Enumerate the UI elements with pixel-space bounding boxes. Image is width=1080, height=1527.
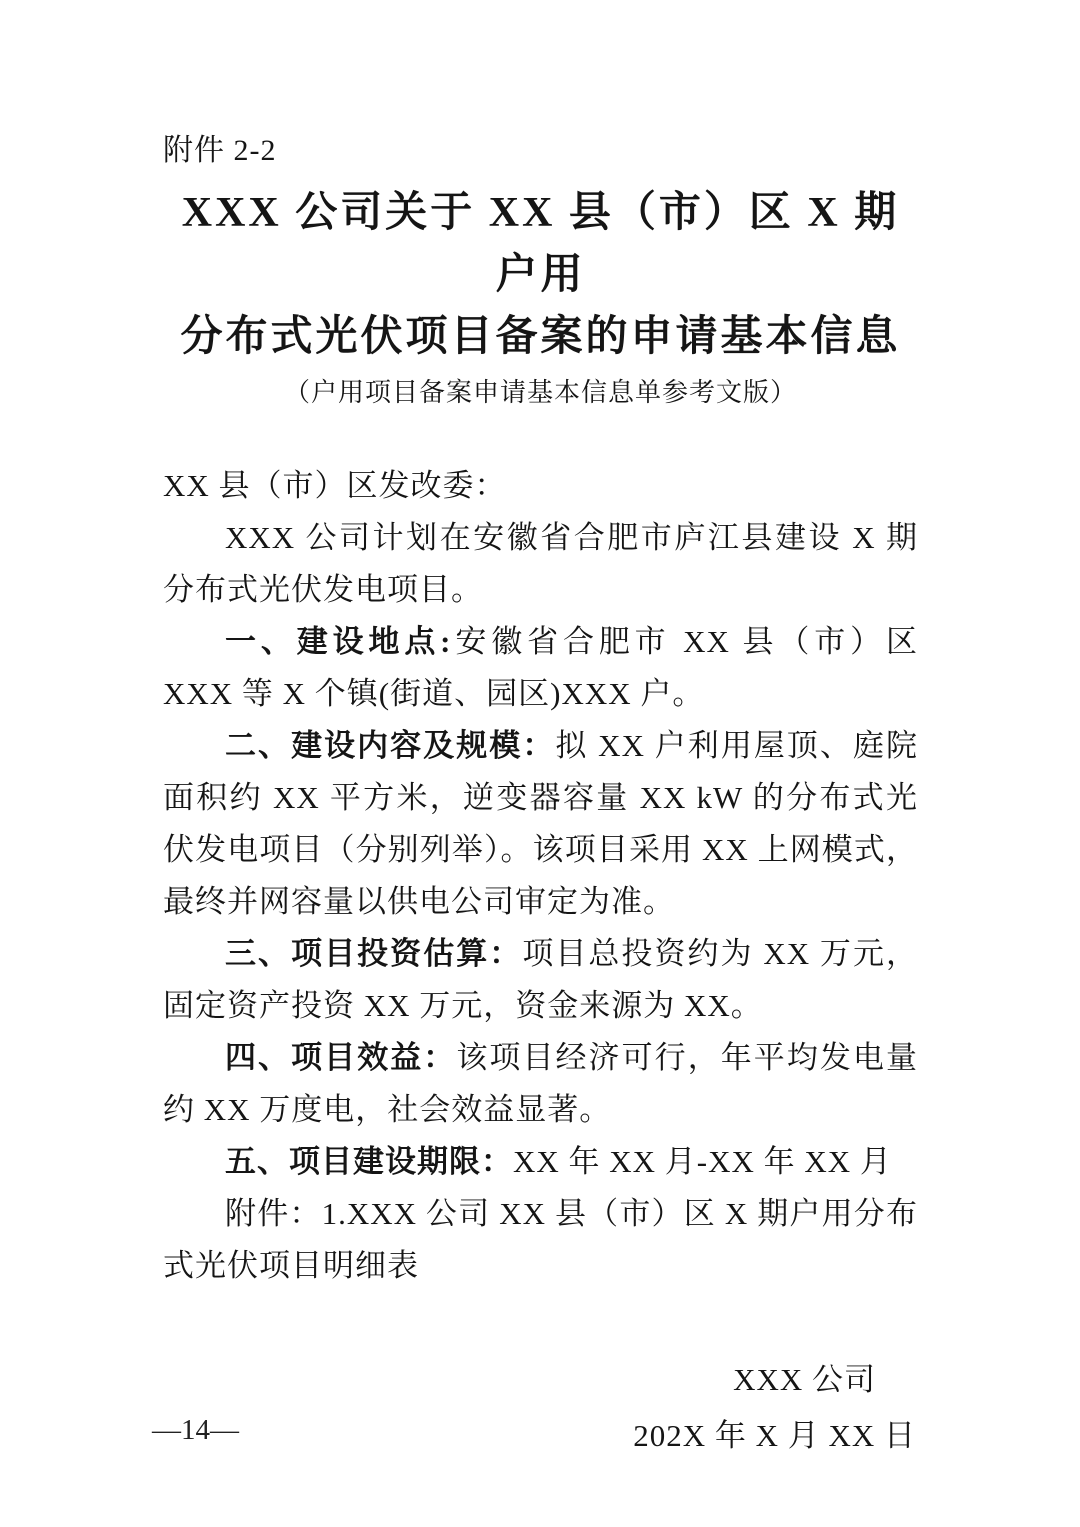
document-page: 附件 2-2 XXX 公司关于 XX 县（市）区 X 期户用 分布式光伏项目备案… (0, 0, 1080, 1527)
paragraph-section-2-scale: 二、建设内容及规模：拟 XX 户利用屋顶、庭院面积约 XX 平方米，逆变器容量 … (163, 720, 918, 928)
paragraph-section-5-period: 五、项目建设期限：XX 年 XX 月-XX 年 XX 月 (163, 1136, 918, 1188)
attachment-label: 附件 2-2 (163, 130, 918, 172)
signature-company: XXX 公司 (163, 1352, 918, 1408)
document-body: XX 县（市）区发改委： XXX 公司计划在安徽省合肥市庐江县建设 X 期分布式… (163, 460, 918, 1292)
document-title-line1: XXX 公司关于 XX 县（市）区 X 期户用 (163, 182, 918, 306)
paragraph-section-4-benefit: 四、项目效益：该项目经济可行，年平均发电量约 XX 万度电，社会效益显著。 (163, 1032, 918, 1136)
paragraph-text: 附件：1.XXX 公司 XX 县（市）区 X 期户用分布式光伏项目明细表 (163, 1196, 918, 1283)
page-number: —14— (152, 1412, 239, 1448)
paragraph-lead: 一、建设地点: (225, 624, 452, 659)
paragraph-lead: 四、项目效益： (225, 1040, 456, 1075)
paragraph-lead: 五、项目建设期限： (225, 1144, 513, 1179)
document-subtitle: （户用项目备案申请基本信息单参考文版） (163, 372, 918, 414)
signature-date: 202X 年 X 月 XX 日 (163, 1408, 918, 1464)
document-title-line2: 分布式光伏项目备案的申请基本信息 (163, 306, 918, 368)
signature-block: XXX 公司 202X 年 X 月 XX 日 (163, 1352, 918, 1464)
paragraph-section-1-location: 一、建设地点:安徽省合肥市 XX 县（市）区 XXX 等 X 个镇(街道、园区)… (163, 616, 918, 720)
paragraph-lead: 三、项目投资估算： (225, 936, 522, 971)
paragraph-attachment-list: 附件：1.XXX 公司 XX 县（市）区 X 期户用分布式光伏项目明细表 (163, 1188, 918, 1292)
paragraph-section-3-investment: 三、项目投资估算：项目总投资约为 XX 万元，固定资产投资 XX 万元，资金来源… (163, 928, 918, 1032)
paragraph-lead: 二、建设内容及规模： (225, 728, 555, 763)
paragraph-text: XX 年 XX 月-XX 年 XX 月 (513, 1144, 892, 1179)
salutation: XX 县（市）区发改委： (163, 460, 918, 512)
paragraph-text: XXX 公司计划在安徽省合肥市庐江县建设 X 期分布式光伏发电项目。 (163, 520, 918, 607)
document-title: XXX 公司关于 XX 县（市）区 X 期户用 分布式光伏项目备案的申请基本信息 (163, 182, 918, 368)
paragraph-intro: XXX 公司计划在安徽省合肥市庐江县建设 X 期分布式光伏发电项目。 (163, 512, 918, 616)
